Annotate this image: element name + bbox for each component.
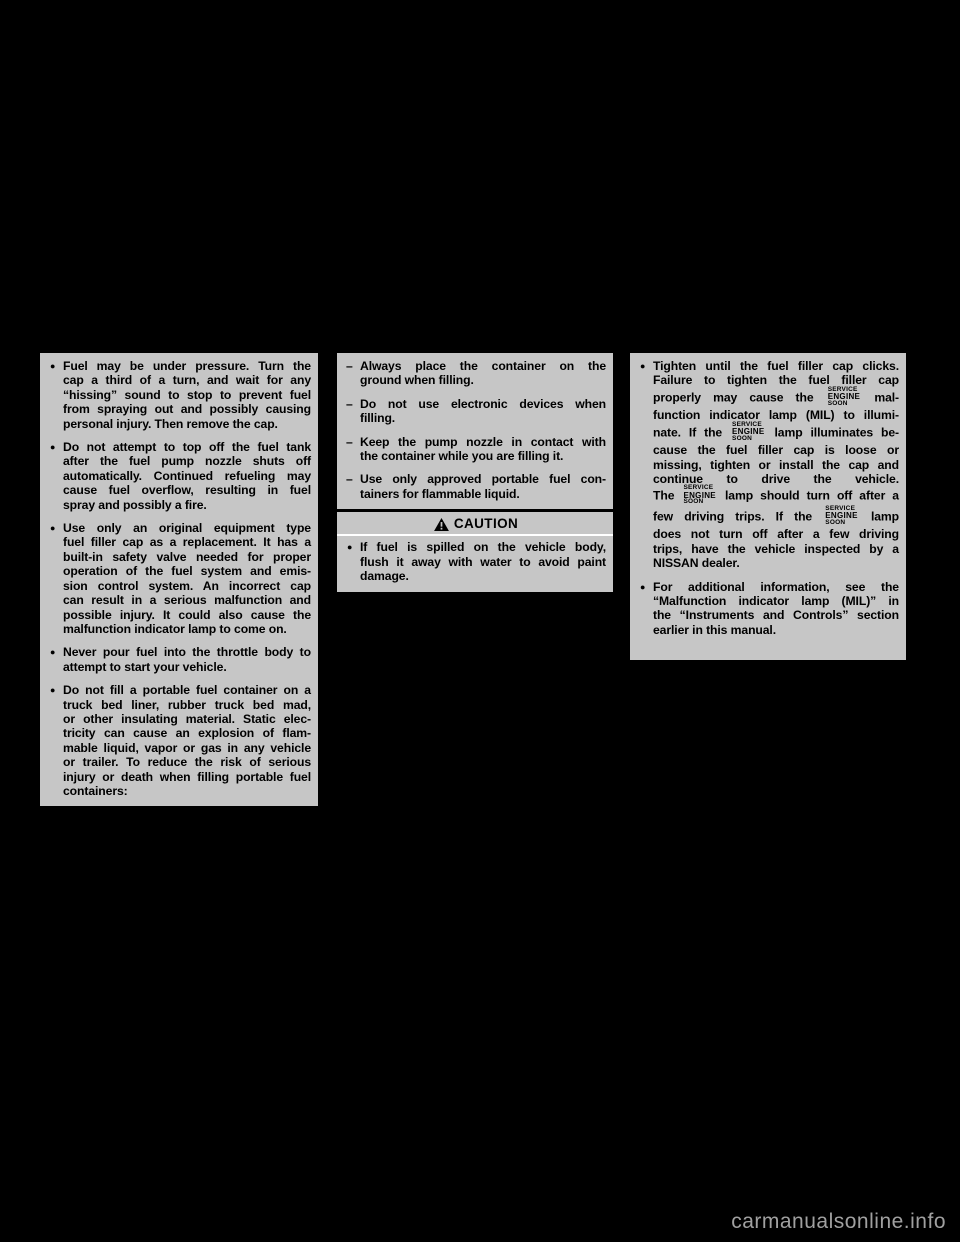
bullet-marker: ● <box>49 359 63 431</box>
list-item: ●If fuel is spilled on the vehicle body,… <box>346 540 606 583</box>
warning-triangle-icon <box>434 518 449 531</box>
text-line: Keep the pump nozzle in contact with <box>360 435 606 449</box>
text-line: Never pour fuel into the throttle body t… <box>63 645 311 659</box>
text-line: fuel filler cap as a replacement. It has… <box>63 535 311 549</box>
paragraph: Keep the pump nozzle in contact withthe … <box>360 435 606 464</box>
service-engine-soon-mil-icon: SERVICEENGINESOON <box>825 506 857 527</box>
text-line: Do not attempt to top off the fuel tank <box>63 440 311 454</box>
text-line: properly may cause the SERVICEENGINESOON… <box>653 388 899 409</box>
dash-marker: – <box>346 397 360 426</box>
text-line: built-in safety valve needed for proper <box>63 550 311 564</box>
text-line: nate. If the SERVICEENGINESOON lamp illu… <box>653 423 899 444</box>
dash-marker: – <box>346 359 360 388</box>
text-line: Do not use electronic devices when <box>360 397 606 411</box>
paragraph: Do not attempt to top off the fuel tanka… <box>63 440 311 512</box>
text-line: missing, tighten or install the cap and <box>653 458 899 472</box>
list-item: –Keep the pump nozzle in contact withthe… <box>346 435 606 464</box>
text-line: or other insulating material. Static ele… <box>63 712 311 726</box>
list-item: –Do not use electronic devices whenfilli… <box>346 397 606 426</box>
warning-box-fuel-cap-right-column: ●Tighten until the fuel filler cap click… <box>630 353 906 660</box>
text-line: the container while you are filling it. <box>360 449 606 463</box>
mil-soon-text: SOON <box>732 436 764 443</box>
list-item: ●Do not attempt to top off the fuel tank… <box>49 440 311 512</box>
text-line: Use only an original equipment type <box>63 521 311 535</box>
list-item: ●Do not fill a portable fuel container o… <box>49 683 311 798</box>
text-line: tainers for flammable liquid. <box>360 487 606 501</box>
caution-header: CAUTION <box>346 514 606 534</box>
text-line: “Malfunction indicator lamp (MIL)” in <box>653 594 899 608</box>
bullet-marker: ● <box>49 645 63 674</box>
text-line: the “Instruments and Controls” section <box>653 608 899 622</box>
warning-box-container-middle-column: –Always place the container on theground… <box>337 353 613 509</box>
mil-soon-text: SOON <box>825 520 857 527</box>
text-line: does not turn off after a few driving <box>653 527 899 541</box>
text-line: Always place the container on the <box>360 359 606 373</box>
paragraph: Do not use electronic devices whenfillin… <box>360 397 606 426</box>
paragraph: Fuel may be under pressure. Turn thecap … <box>63 359 311 431</box>
text-line: from spraying out and possibly causing <box>63 402 311 416</box>
text-line: personal injury. Then remove the cap. <box>63 417 311 431</box>
text-line: sion control system. An incorrect cap <box>63 579 311 593</box>
text-line: For additional information, see the <box>653 580 899 594</box>
text-line: after the fuel pump nozzle shuts off <box>63 454 311 468</box>
bullet-marker: ● <box>639 580 653 638</box>
text-line: cause the fuel filler cap is loose or <box>653 443 899 457</box>
text-line: cap a third of a turn, and wait for any <box>63 373 311 387</box>
text-line: possible injury. It could also cause the <box>63 608 311 622</box>
dash-marker: – <box>346 435 360 464</box>
caution-body: ●If fuel is spilled on the vehicle body,… <box>346 540 606 583</box>
manual-page: ●Fuel may be under pressure. Turn thecap… <box>0 0 960 1242</box>
mil-soon-text: SOON <box>828 401 860 408</box>
text-line: spray and possibly a fire. <box>63 498 311 512</box>
list-item: –Use only approved portable fuel con-tai… <box>346 472 606 501</box>
text-line: filling. <box>360 411 606 425</box>
text-line: malfunction indicator lamp to come on. <box>63 622 311 636</box>
text-line: NISSAN dealer. <box>653 556 899 570</box>
paragraph: For additional information, see the“Malf… <box>653 580 899 638</box>
bullet-marker: ● <box>49 683 63 798</box>
text-line: can result in a serious malfunction and <box>63 593 311 607</box>
text-line: function indicator lamp (MIL) to illumi- <box>653 408 899 422</box>
paragraph: If fuel is spilled on the vehicle body,f… <box>360 540 606 583</box>
text-line: damage. <box>360 569 606 583</box>
paragraph: Use only approved portable fuel con-tain… <box>360 472 606 501</box>
text-line: Fuel may be under pressure. Turn the <box>63 359 311 373</box>
text-line: Do not fill a portable fuel container on… <box>63 683 311 697</box>
text-line: automatically. Continued refueling may <box>63 469 311 483</box>
text-line: If fuel is spilled on the vehicle body, <box>360 540 606 554</box>
paragraph: Always place the container on theground … <box>360 359 606 388</box>
paragraph: Tighten until the fuel filler cap clicks… <box>653 359 899 571</box>
text-line: mable liquid, vapor or gas in any vehicl… <box>63 741 311 755</box>
list-item: ●Use only an original equipment typefuel… <box>49 521 311 636</box>
warning-box-fuel-left-column: ●Fuel may be under pressure. Turn thecap… <box>40 353 318 806</box>
list-item: –Always place the container on theground… <box>346 359 606 388</box>
text-line: operation of the fuel system and emis- <box>63 564 311 578</box>
list-item: ●For additional information, see the“Mal… <box>639 580 899 638</box>
text-line: truck bed liner, rubber truck bed mad, <box>63 698 311 712</box>
service-engine-soon-mil-icon: SERVICEENGINESOON <box>828 387 860 408</box>
text-line: “hissing” sound to stop to prevent fuel <box>63 388 311 402</box>
text-line: The SERVICEENGINESOON lamp should turn o… <box>653 486 899 507</box>
bullet-marker: ● <box>49 521 63 636</box>
watermark-text: carmanualsonline.info <box>731 1210 946 1234</box>
text-line: attempt to start your vehicle. <box>63 660 311 674</box>
text-line: few driving trips. If the SERVICEENGINES… <box>653 507 899 528</box>
text-line: Tighten until the fuel filler cap clicks… <box>653 359 899 373</box>
text-line: cause fuel overflow, resulting in fuel <box>63 483 311 497</box>
caution-title: CAUTION <box>454 517 518 531</box>
text-line: tricity can cause an explosion of flam- <box>63 726 311 740</box>
bullet-marker: ● <box>346 540 360 583</box>
list-item: ●Fuel may be under pressure. Turn thecap… <box>49 359 311 431</box>
paragraph: Never pour fuel into the throttle body t… <box>63 645 311 674</box>
text-line: Use only approved portable fuel con- <box>360 472 606 486</box>
paragraph: Do not fill a portable fuel container on… <box>63 683 311 798</box>
text-line: flush it away with water to avoid paint <box>360 555 606 569</box>
paragraph: Use only an original equipment typefuel … <box>63 521 311 636</box>
text-line: earlier in this manual. <box>653 623 899 637</box>
list-item: ●Never pour fuel into the throttle body … <box>49 645 311 674</box>
text-line: Failure to tighten the fuel filler cap <box>653 373 899 387</box>
text-line: containers: <box>63 784 311 798</box>
caution-box: CAUTION ●If fuel is spilled on the vehic… <box>337 512 613 592</box>
mil-soon-text: SOON <box>683 499 715 506</box>
service-engine-soon-mil-icon: SERVICEENGINESOON <box>732 422 764 443</box>
caution-divider <box>337 534 613 536</box>
text-line: injury or death when filling portable fu… <box>63 770 311 784</box>
dash-marker: – <box>346 472 360 501</box>
list-item: ●Tighten until the fuel filler cap click… <box>639 359 899 571</box>
bullet-marker: ● <box>639 359 653 571</box>
text-line: trips, have the vehicle inspected by a <box>653 542 899 556</box>
bullet-marker: ● <box>49 440 63 512</box>
text-line: or trailer. To reduce the risk of seriou… <box>63 755 311 769</box>
service-engine-soon-mil-icon: SERVICEENGINESOON <box>683 485 715 506</box>
text-line: ground when filling. <box>360 373 606 387</box>
